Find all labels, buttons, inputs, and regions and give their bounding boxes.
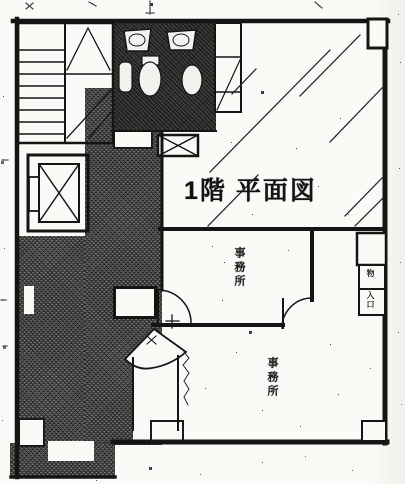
handwritten-annotation-marks <box>183 352 189 405</box>
wall-box-label-2: 入口 <box>366 291 374 315</box>
bottom-right-pier-box <box>362 421 386 441</box>
room-label-middle: 事務所 <box>231 247 247 301</box>
staircase-symbol <box>18 23 113 143</box>
sink-fixture <box>124 29 196 51</box>
elevator-x-symbol <box>28 155 88 231</box>
shaft-x-symbol <box>158 135 198 156</box>
closet-column <box>215 23 241 112</box>
floorplan-scan-page: 1階 平面図 事務所 事務所 物 入口 <box>0 0 405 484</box>
plan-title: 1階 平面図 <box>184 171 360 203</box>
room-label-lower: 事務所 <box>264 357 280 411</box>
top-right-notch <box>368 19 387 48</box>
toilet-fixture <box>119 56 202 96</box>
wall-box-label-1: 物 <box>366 269 374 287</box>
plan-linework <box>0 0 405 484</box>
